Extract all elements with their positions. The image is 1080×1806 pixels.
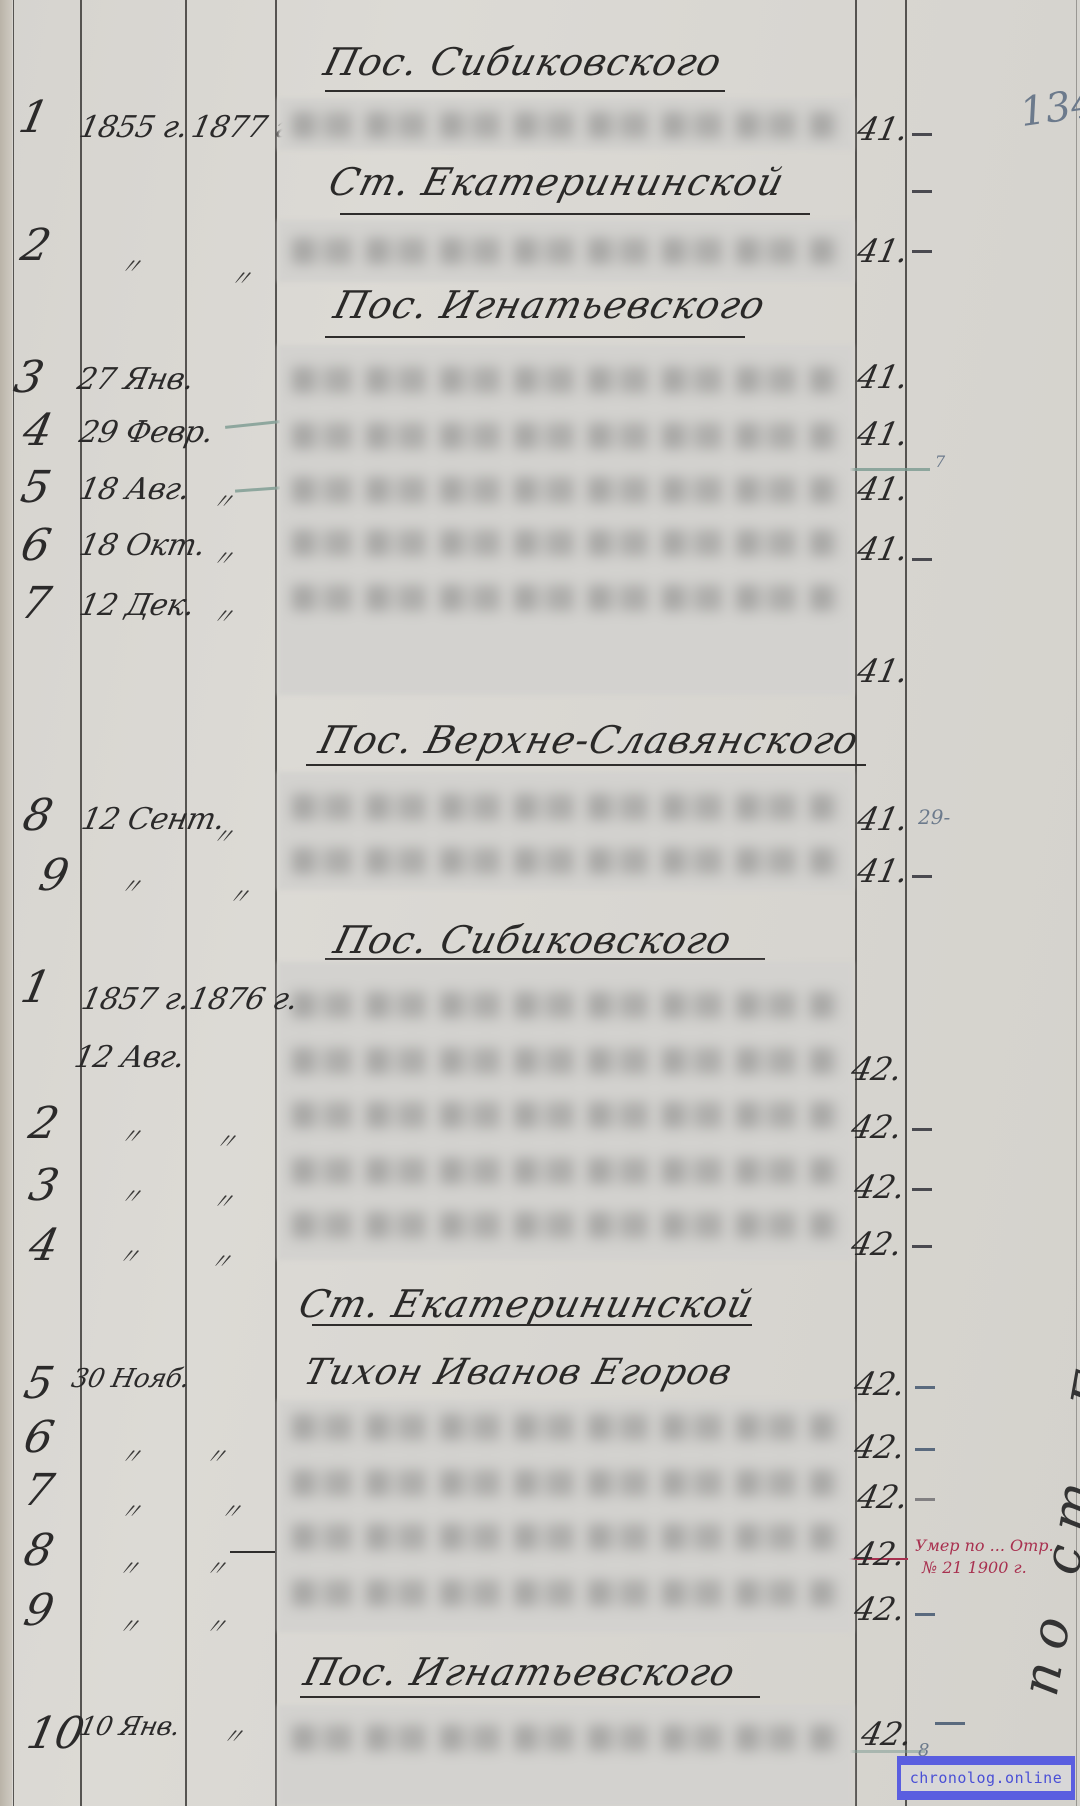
ditto-mark: 〃 — [117, 1120, 145, 1151]
watermark-text: chronolog.online — [901, 1765, 1072, 1791]
register-page: 134 по ст. Екатерининской прав. не состо… — [0, 0, 1080, 1806]
ditto-mark: 〃 — [209, 600, 237, 631]
column-rule — [80, 0, 82, 1806]
page-ref: 41. — [854, 800, 911, 838]
ditto-mark: 〃 — [117, 1495, 145, 1526]
section-header: Пос. Игнатьевского — [330, 283, 771, 327]
page-ref: 41. — [854, 232, 911, 270]
green-mark — [235, 486, 280, 492]
ditto-mark: 〃 — [209, 485, 237, 516]
ditto-mark: 〃 — [117, 250, 145, 281]
birth-date: 18 Окт. — [76, 528, 208, 563]
page-ref: 41. — [854, 652, 911, 690]
row-number: 7 — [20, 1465, 58, 1516]
ditto-mark: 〃 — [212, 1125, 240, 1156]
pencil-mark: 7 — [935, 452, 945, 471]
section-header: Пос. Сибиковского — [320, 40, 727, 84]
dash-mark — [912, 1128, 932, 1131]
dash-mark — [912, 875, 932, 878]
dash-mark — [912, 190, 932, 193]
page-ref: 42. — [848, 1108, 905, 1146]
row-number: 5 — [17, 462, 55, 513]
row-number: 7 — [17, 578, 55, 629]
header-underline — [300, 1696, 760, 1698]
header-underline — [340, 213, 810, 215]
dash-mark — [912, 1245, 932, 1248]
row-number: 6 — [20, 1412, 58, 1463]
row-number: 5 — [20, 1358, 58, 1409]
header-underline — [325, 336, 745, 338]
row-number: 9 — [35, 850, 73, 901]
birth-date: 1855 г. — [76, 110, 191, 145]
redacted-name — [278, 98, 853, 150]
section-header: Пос. Сибиковского — [330, 918, 737, 962]
page-ref: 42. — [848, 1225, 905, 1263]
header-underline — [325, 958, 765, 960]
watermark-badge: chronolog.online — [897, 1756, 1075, 1800]
column-rule — [275, 0, 277, 1806]
binding-edge — [0, 0, 12, 1806]
redacted-names-block — [278, 345, 853, 695]
birth-date: 30 Нояб. — [69, 1364, 192, 1394]
row-number: 8 — [20, 1525, 58, 1576]
year-cell: 1876 г. — [186, 982, 301, 1017]
page-ref: 42. — [851, 1535, 908, 1573]
page-ref: 41. — [854, 358, 911, 396]
folio-number: 134 — [1017, 80, 1080, 136]
redacted-names-block — [278, 1400, 853, 1632]
page-ref: 41. — [854, 110, 911, 148]
column-rule — [855, 0, 857, 1806]
row-number: 4 — [25, 1220, 63, 1271]
dash-mark — [912, 133, 932, 136]
page-ref: 41. — [854, 530, 911, 568]
page-ref: 42. — [854, 1478, 911, 1516]
dash-mark — [915, 1498, 935, 1501]
ditto-mark: 〃 — [117, 1440, 145, 1471]
ditto-mark: 〃 — [117, 1180, 145, 1211]
page-ref: 42. — [851, 1168, 908, 1206]
ditto-mark: 〃 — [227, 262, 255, 293]
ditto-mark: 〃 — [219, 1720, 247, 1751]
row-number: 9 — [20, 1585, 58, 1636]
section-header: Ст. Екатерининской — [295, 1282, 760, 1326]
page-ref: 41. — [854, 415, 911, 453]
birth-date: 29 Февр. — [76, 415, 216, 450]
dash-mark — [935, 1722, 965, 1725]
column-rule — [13, 0, 14, 1806]
ditto-mark: 〃 — [115, 1610, 143, 1641]
row-number: 2 — [17, 220, 55, 271]
header-underline — [306, 764, 866, 766]
ditto-mark: 〃 — [117, 870, 145, 901]
dash-mark — [912, 250, 932, 253]
birth-date: 10 Янв. — [77, 1712, 183, 1742]
dash-mark — [915, 1448, 935, 1451]
section-header: Пос. Игнатьевского — [300, 1650, 741, 1694]
ditto-mark: 〃 — [115, 1240, 143, 1271]
ditto-mark: 〃 — [225, 880, 253, 911]
pencil-mark: 29- — [918, 805, 950, 829]
row-number: 2 — [25, 1098, 63, 1149]
red-annotation-line1: Умер по ... Отр. — [915, 1536, 1054, 1555]
page-ref: 42. — [851, 1590, 908, 1628]
visible-name: Тихон Иванов Егоров — [300, 1352, 737, 1393]
page-ref: 42. — [851, 1365, 908, 1403]
row-number: 8 — [19, 790, 57, 841]
section-header: Ст. Екатерининской — [325, 160, 790, 204]
page-ref: 41. — [854, 470, 911, 508]
dash-mark — [915, 1386, 935, 1389]
column-rule — [185, 0, 187, 1806]
section-header: Пос. Верхне-Славянского — [315, 718, 864, 762]
birth-date: 27 Янв. — [74, 362, 197, 397]
ditto-mark: 〃 — [202, 1610, 230, 1641]
ditto-mark: 〃 — [207, 1245, 235, 1276]
ditto-mark: 〃 — [209, 1185, 237, 1216]
birth-date: 18 Авг. — [76, 472, 193, 507]
redacted-names-block — [278, 962, 853, 1260]
vertical-margin-note: по ст. Екатерининской прав. не состоят — [1010, 4, 1080, 1700]
redacted-names-block — [278, 1705, 853, 1806]
row-number: 1 — [17, 962, 55, 1013]
row-number: 1 — [15, 92, 53, 143]
row-number: 3 — [25, 1160, 63, 1211]
row-number: 4 — [19, 405, 57, 456]
green-mark — [225, 420, 280, 429]
page-ref: 42. — [851, 1428, 908, 1466]
row-number: 3 — [10, 352, 48, 403]
birth-date: 12 Авг. — [71, 1040, 188, 1075]
header-underline — [312, 1324, 752, 1326]
page-ref: 42. — [848, 1050, 905, 1088]
page-ref: 42. — [858, 1715, 915, 1753]
birth-date: 12 Сент. — [78, 802, 228, 837]
ditto-mark: 〃 — [202, 1440, 230, 1471]
ditto-mark: 〃 — [202, 1552, 230, 1583]
ditto-mark: 〃 — [209, 542, 237, 573]
dash-mark — [912, 558, 932, 561]
birth-date: 12 Дек. — [76, 588, 197, 623]
row-rule — [230, 1551, 275, 1553]
dash-mark — [912, 1188, 932, 1191]
row-number: 6 — [17, 520, 55, 571]
dash-mark — [915, 1613, 935, 1616]
birth-date: 1857 г. — [78, 982, 193, 1017]
page-ref: 41. — [854, 852, 911, 890]
header-underline — [325, 90, 725, 92]
red-annotation-line2: № 21 1900 г. — [922, 1558, 1027, 1577]
redacted-names-block — [278, 772, 853, 890]
ditto-mark: 〃 — [217, 1495, 245, 1526]
redacted-name — [278, 220, 853, 282]
ditto-mark: 〃 — [115, 1552, 143, 1583]
